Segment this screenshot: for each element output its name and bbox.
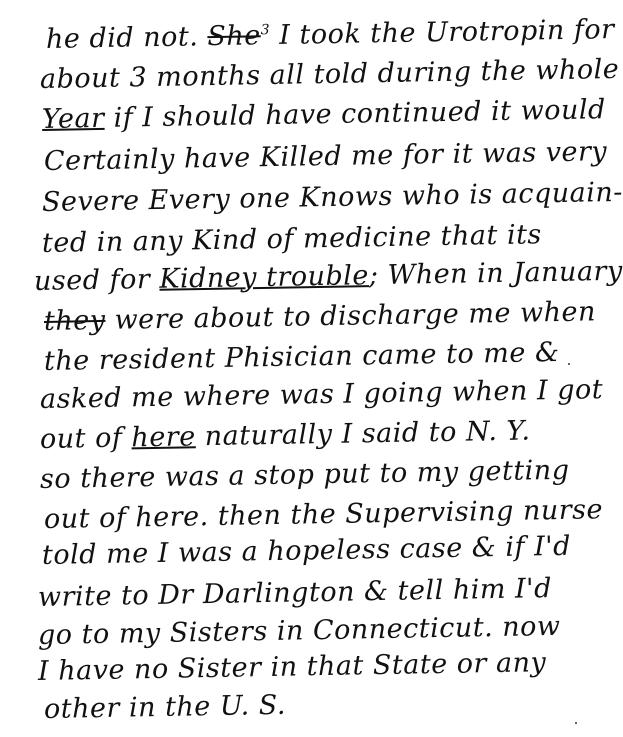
line-text: naturally I said to N. Y. [195, 415, 530, 452]
line-text: go to my Sisters in Connecticut. now [38, 611, 561, 651]
letter-line-8: they were about to discharge me when [44, 296, 596, 337]
line-text: asked me where was I going when I got [40, 374, 604, 415]
letter-line-6: ted in any Kind of medicine that its [42, 219, 542, 259]
underlined-word: Year [42, 103, 105, 135]
paper-speck [568, 363, 570, 365]
line-text: I took the Urotropin for [270, 14, 615, 51]
line-text: if I should have continued it would [104, 94, 606, 134]
line-text: write to Dr Darlington & tell him I'd [38, 573, 552, 613]
line-text: so there was a stop put to my getting [40, 455, 570, 495]
line-text: other in the U. S. [44, 690, 286, 725]
struck-word: they [44, 305, 106, 337]
line-text: he did not. [46, 21, 208, 55]
line-text: ted in any Kind of medicine that its [42, 219, 542, 259]
letter-line-14: told me I was a hopeless case & if I'd [42, 531, 571, 571]
letter-line-18: other in the U. S. [44, 690, 286, 725]
line-text: I have no Sister in that State or any [38, 647, 547, 687]
letter-line-15: write to Dr Darlington & tell him I'd [38, 573, 552, 613]
letter-line-7: used for Kidney trouble; When in January [34, 256, 623, 297]
line-text: told me I was a hopeless case & if I'd [42, 531, 571, 571]
line-text: out of here. then the Supervising nurse [44, 494, 603, 535]
letter-line-13: out of here. then the Supervising nurse [44, 494, 603, 535]
letter-line-5: Severe Every one Knows who is acquain- [42, 177, 623, 218]
letter-page: he did not. She3 I took the Urotropin fo… [0, 0, 623, 737]
line-text: the resident Phisician came to me & [44, 337, 560, 377]
letter-line-12: so there was a stop put to my getting [40, 455, 570, 495]
line-text: Certainly have Killed me for it was very [44, 136, 608, 177]
letter-line-4: Certainly have Killed me for it was very [44, 136, 608, 177]
struck-word: She [207, 20, 261, 52]
letter-line-11: out of here naturally I said to N. Y. [40, 415, 531, 455]
line-text: Severe Every one Knows who is acquain- [42, 177, 623, 218]
line-text: were about to discharge me when [105, 296, 596, 336]
line-text: out of [40, 422, 132, 455]
line-text: about 3 months all told during the whole [40, 54, 620, 95]
underlined-phrase: Kidney trouble [159, 260, 369, 295]
line-text: used for [34, 264, 160, 297]
letter-line-3: Year if I should have continued it would [42, 94, 606, 135]
letter-line-2: about 3 months all told during the whole [40, 54, 620, 95]
paper-speck [575, 722, 577, 724]
letter-line-10: asked me where was I going when I got [40, 374, 604, 415]
insertion-mark: 3 [261, 22, 271, 38]
letter-line-1: he did not. She3 I took the Urotropin fo… [46, 14, 615, 55]
underlined-word: here [131, 421, 196, 453]
letter-line-9: the resident Phisician came to me & [44, 337, 560, 377]
letter-line-17: I have no Sister in that State or any [38, 647, 547, 687]
letter-line-16: go to my Sisters in Connecticut. now [38, 611, 561, 651]
line-text: ; When in January [369, 256, 623, 291]
